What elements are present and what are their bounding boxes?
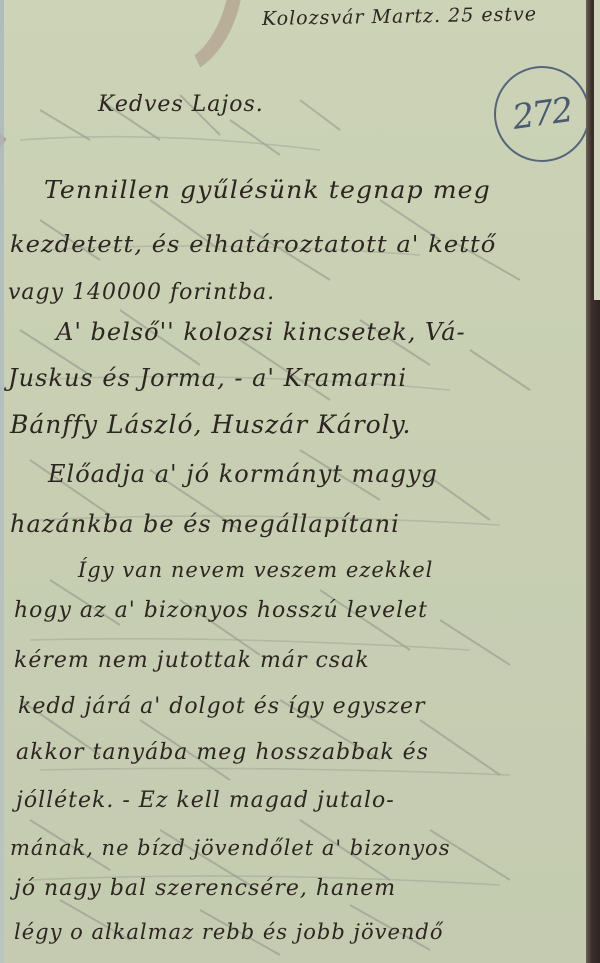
letter-line: kérem nem jutottak már csak (14, 648, 370, 673)
letter-line: jóllétek. - Ez kell magad jutalo- (16, 788, 395, 813)
archive-number: 272 (510, 90, 574, 138)
letter-line: kezdetett, és elhatároztatott a' kettő (10, 232, 496, 258)
letter-line: Bánffy László, Huszár Károly. (10, 410, 411, 439)
letter-line: A' belső'' kolozsi kincsetek, Vá- (56, 318, 466, 346)
letter-line: vagy 140000 forintba. (8, 280, 275, 305)
letter-line: kedd járá a' dolgot és így egyszer (18, 694, 426, 719)
letter-line: akkor tanyába meg hosszabbak és (16, 740, 429, 765)
letter-line: Előadja a' jó kormányt magyg (48, 460, 438, 488)
page-left-edge (0, 0, 4, 963)
letter-line: hogy az a' bizonyos hosszú levelet (14, 598, 428, 623)
letter-line: Juskus és Jorma, - a' Kramarni (8, 364, 407, 392)
letter-page: Kolozsvár Martz. 25 estve 272 Kedves Laj… (0, 0, 586, 963)
letter-line: jó nagy bal szerencsére, hanem (14, 876, 396, 901)
letter-line: Így van nevem veszem ezekkel (78, 558, 433, 582)
page-right-border-top (594, 0, 600, 300)
letter-line: hazánkba be és megállapítani (10, 510, 400, 538)
letter-line: Tennillen gyűlésünk tegnap meg (44, 176, 491, 204)
letter-line: mának, ne bízd jövendőlet a' bizonyos (10, 836, 450, 860)
letter-salutation: Kedves Lajos. (98, 92, 264, 117)
letter-line: légy o alkalmaz rebb és jobb jövendő (14, 920, 444, 944)
